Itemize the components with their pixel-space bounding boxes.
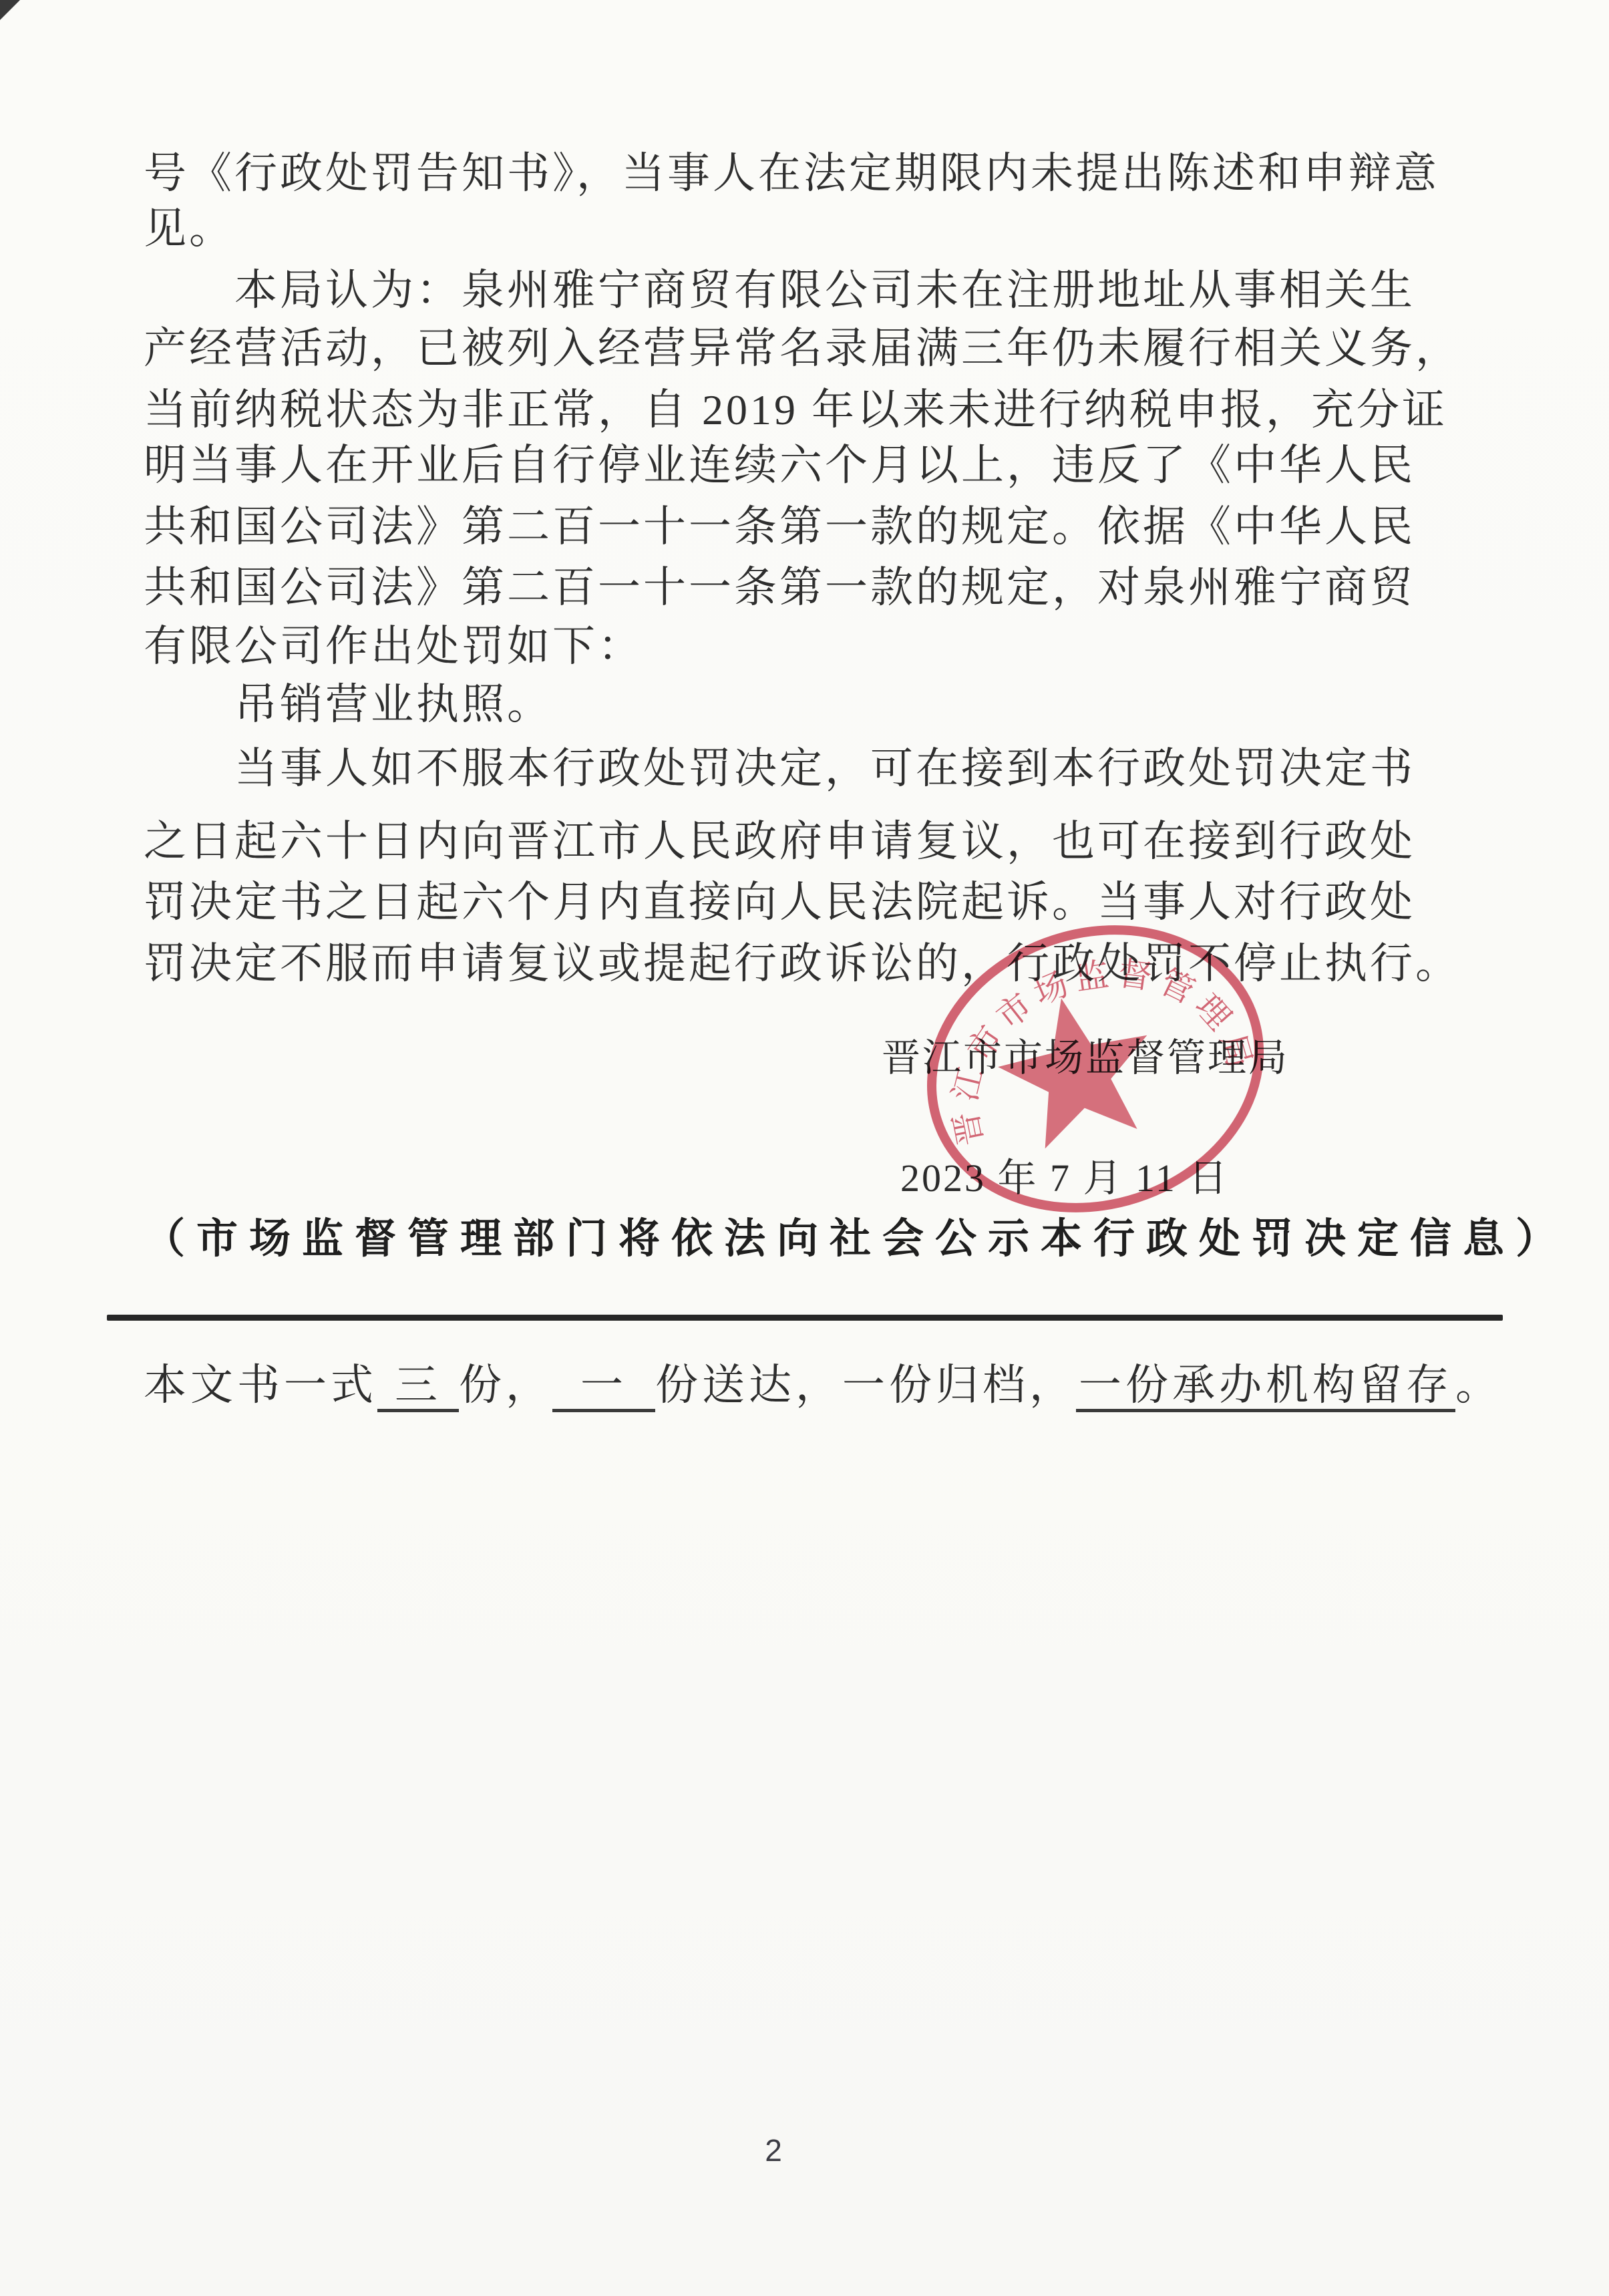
body-line: 当事人如不服本行政处罚决定，可在接到本行政处罚决定书 [144, 746, 1577, 792]
body-line: 明当事人在开业后自行停业连续六个月以上，违反了《中华人民 [144, 442, 1486, 489]
body-line: 共和国公司法》第二百一十一条第一款的规定，对泉州雅宁商贸 [144, 564, 1486, 611]
decision-date: 2023 年 7 月 11 日 [900, 1157, 1229, 1200]
distribution-seg1: 份， [459, 1361, 552, 1409]
body-line: 见。 [144, 206, 1486, 253]
separator-rule [107, 1315, 1503, 1321]
distribution-seg3: 一份归档， [842, 1361, 1076, 1409]
copies-total-underlined: 三 [377, 1361, 459, 1412]
penalty-decision-document-page: 号《行政处罚告知书》，当事人在法定期限内未提出陈述和申辩意 见。 本局认为：泉州… [0, 0, 1609, 2296]
public-notice-line: （市场监督管理部门将依法向社会公示本行政处罚决定信息） [144, 1216, 1568, 1263]
issuing-agency-signature: 晋江市市场监督管理局 [882, 1037, 1289, 1080]
body-line: 吊销营业执照。 [144, 681, 1577, 728]
body-line: 有限公司作出处罚如下： [144, 623, 1486, 670]
body-line: 共和国公司法》第二百一十一条第一款的规定。依据《中华人民 [144, 504, 1486, 550]
body-line: 当前纳税状态为非正常，自 2019 年以来未进行纳税申报，充分证 [144, 387, 1486, 434]
retained-copy-underlined: 一份承办机构留存 [1076, 1361, 1455, 1412]
distribution-period: 。 [1455, 1361, 1502, 1409]
distribution-line: 本文书一式三份，一份送达，一份归档，一份承办机构留存。 [144, 1361, 1502, 1410]
body-line: 之日起六十日内向晋江市人民政府申请复议，也可在接到行政处 [144, 818, 1486, 865]
body-line: 罚决定书之日起六个月内直接向人民法院起诉。当事人对行政处 [144, 879, 1486, 926]
page-number: 2 [747, 2132, 800, 2168]
copies-delivery-underlined: 一 [552, 1361, 655, 1412]
body-line: 号《行政处罚告知书》，当事人在法定期限内未提出陈述和申辩意 [144, 150, 1486, 197]
distribution-seg2: 份送达， [655, 1361, 842, 1409]
body-line: 罚决定不服而申请复议或提起行政诉讼的，行政处罚不停止执行。 [144, 941, 1486, 987]
distribution-prefix: 本文书一式 [144, 1361, 377, 1409]
body-line: 本局认为：泉州雅宁商贸有限公司未在注册地址从事相关生 [144, 267, 1577, 314]
body-line: 产经营活动，已被列入经营异常名录届满三年仍未履行相关义务， [144, 325, 1486, 372]
scan-corner-artifact [0, 0, 20, 20]
